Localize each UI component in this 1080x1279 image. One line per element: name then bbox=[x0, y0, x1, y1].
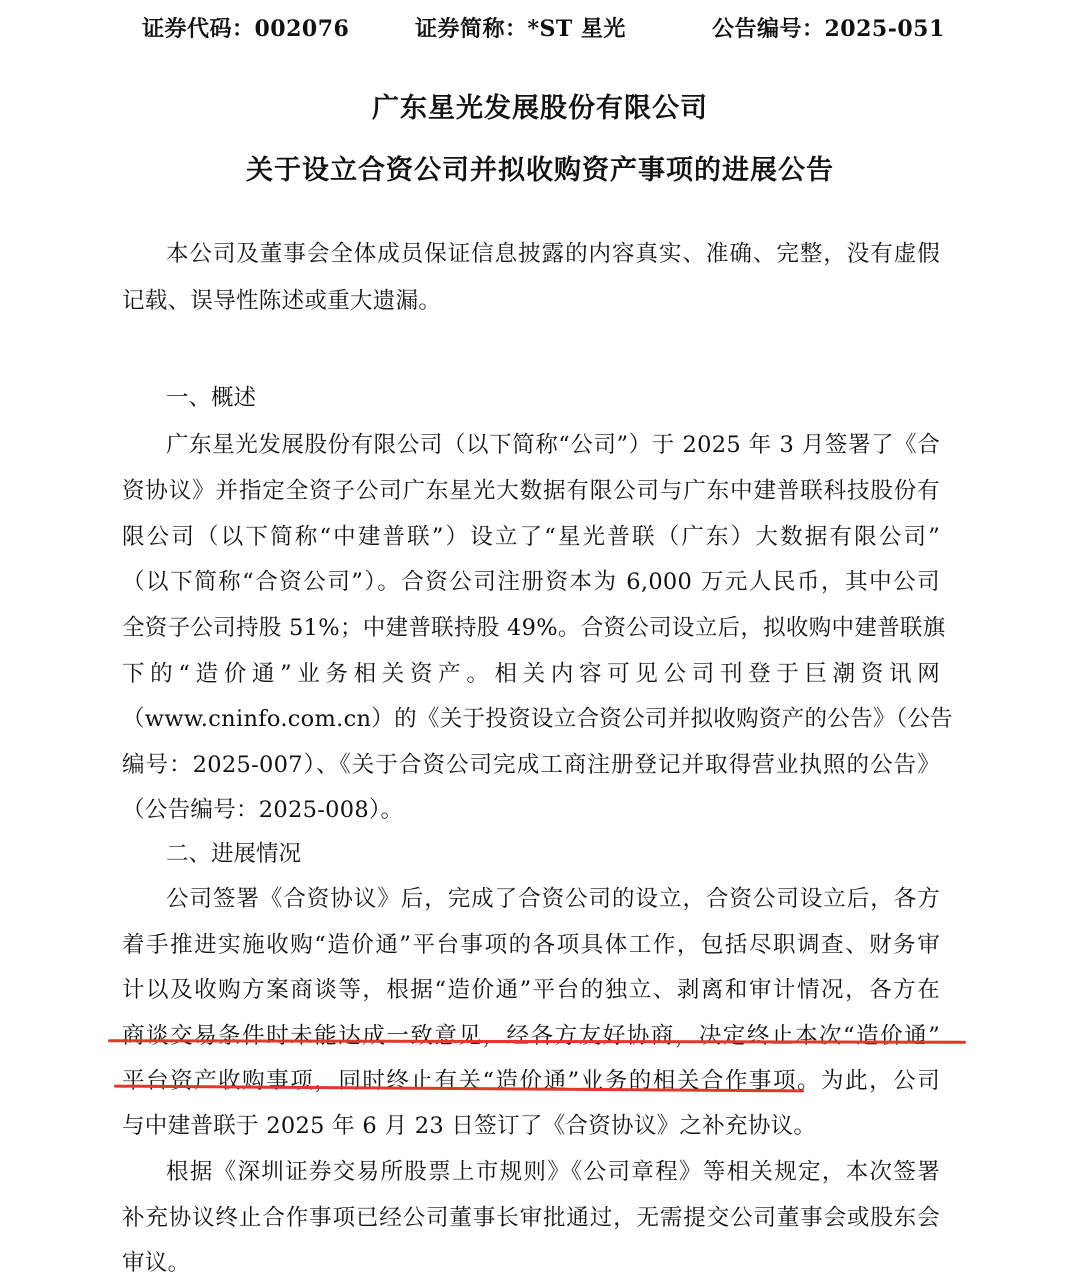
paragraph-line: 公司签署《合资协议》后，完成了合资公司的设立，合资公司设立后，各方 bbox=[166, 881, 940, 913]
stock-code: 证券代码：002076 bbox=[142, 12, 349, 43]
paragraph-line: 根据《深圳证券交易所股票上市规则》《公司章程》等相关规定，本次签署 bbox=[166, 1154, 940, 1186]
section-heading-overview: 一、概述 bbox=[166, 380, 256, 412]
paragraph-line: 与中建普联于 2025 年 6 月 23 日签订了《合资协议》之补充协议。 bbox=[122, 1108, 940, 1140]
company-title: 广东星光发展股份有限公司 bbox=[0, 86, 1080, 125]
highlighted-line: 商谈交易条件时未能达成一致意见，经各方友好协商，决定终止本次“造价通” bbox=[122, 1018, 940, 1050]
stock-name: 证券简称：*ST 星光 bbox=[415, 12, 626, 43]
statement-line: 本公司及董事会全体成员保证信息披露的内容真实、准确、完整，没有虚假 bbox=[166, 236, 940, 268]
statement-line: 记载、误导性陈述或重大遗漏。 bbox=[122, 283, 940, 315]
document-header: 证券代码：002076 证券简称：*ST 星光 公告编号：2025-051 bbox=[0, 12, 1080, 48]
paragraph-line: 资协议》并指定全资子公司广东星光大数据有限公司与广东中建普联科技股份有 bbox=[122, 473, 940, 505]
paragraph-line: 计以及收购方案商谈等，根据“造价通”平台的独立、剥离和审计情况，各方在 bbox=[122, 972, 940, 1004]
announcement-title: 关于设立合资公司并拟收购资产事项的进展公告 bbox=[0, 148, 1080, 187]
paragraph-line: 着手推进实施收购“造价通”平台事项的各项具体工作，包括尽职调查、财务审 bbox=[122, 927, 940, 959]
paragraph-line: （www.cninfo.com.cn）的《关于投资设立合资公司并拟收购资产的公告… bbox=[122, 701, 940, 733]
paragraph-line: 审议。 bbox=[122, 1245, 940, 1277]
paragraph-line: （公告编号：2025-008）。 bbox=[122, 792, 940, 824]
paragraph-line: 广东星光发展股份有限公司（以下简称“公司”）于 2025 年 3 月签署了《合 bbox=[166, 427, 940, 459]
paragraph-line: 限公司（以下简称“中建普联”）设立了“星光普联（广东）大数据有限公司” bbox=[122, 519, 940, 551]
paragraph-line: 编号：2025-007）、《关于合资公司完成工商注册登记并取得营业执照的公告》 bbox=[122, 747, 940, 779]
announcement-number: 公告编号：2025-051 bbox=[712, 12, 945, 43]
paragraph-line: （以下简称“合资公司”）。合资公司注册资本为 6,000 万元人民币，其中公司 bbox=[122, 564, 940, 596]
paragraph-line: 补充协议终止合作事项已经公司董事长审批通过，无需提交公司董事会或股东会 bbox=[122, 1200, 940, 1232]
section-heading-progress: 二、进展情况 bbox=[166, 836, 301, 868]
paragraph-line: 全资子公司持股 51%；中建普联持股 49%。合资公司设立后，拟收购中建普联旗 bbox=[122, 610, 940, 642]
paragraph-line: 下的“造价通”业务相关资产。相关内容可见公司刊登于巨潮资讯网 bbox=[122, 656, 940, 688]
